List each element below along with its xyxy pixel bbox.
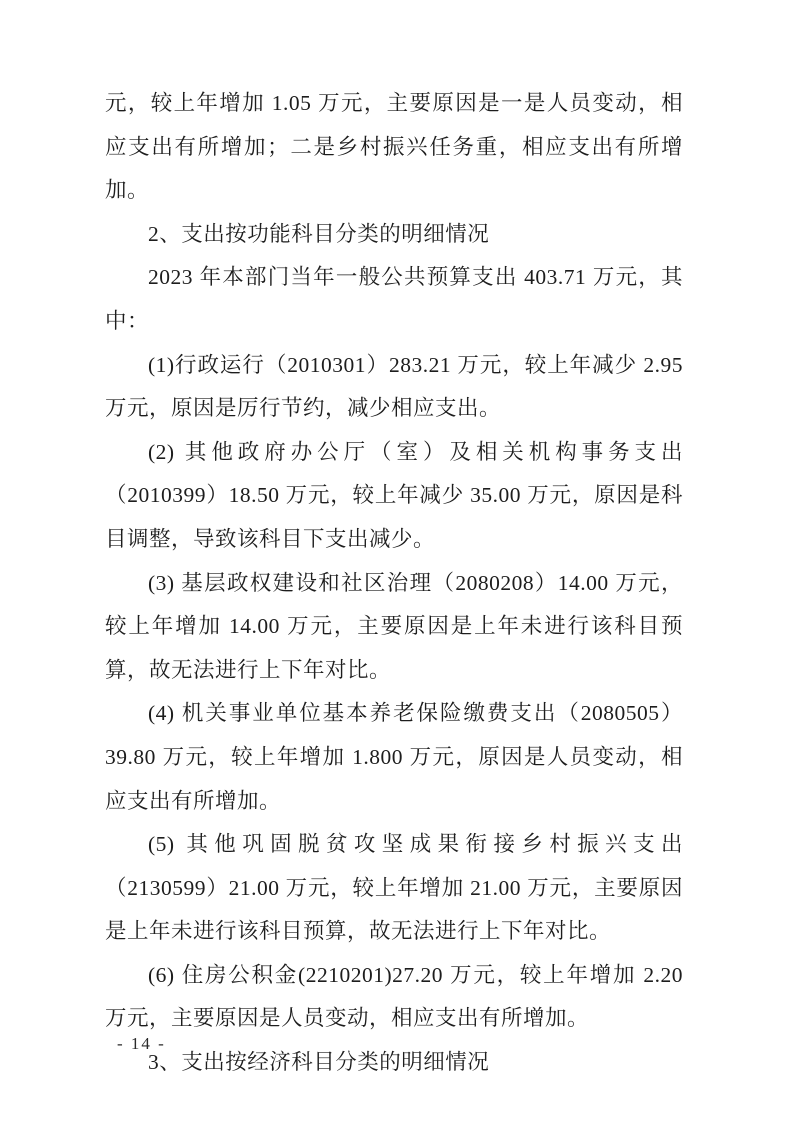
section-heading-economic-classification: 3、支出按经济科目分类的明细情况 (105, 1041, 683, 1085)
document-page: 元，较上年增加 1.05 万元，主要原因是一是人员变动，相应支出有所增加；二是乡… (0, 0, 793, 1122)
paragraph-continuation: 元，较上年增加 1.05 万元，主要原因是一是人员变动，相应支出有所增加；二是乡… (105, 82, 683, 213)
paragraph-item-3-grassroots-governance: (3) 基层政权建设和社区治理（2080208）14.00 万元，较上年增加 1… (105, 562, 683, 693)
paragraph-total-expenditure: 2023 年本部门当年一般公共预算支出 403.71 万元，其中： (105, 256, 683, 343)
paragraph-item-2-other-government-office-affairs: (2) 其他政府办公厅（室）及相关机构事务支出（2010399）18.50 万元… (105, 431, 683, 562)
paragraph-item-4-pension-contribution: (4) 机关事业单位基本养老保险缴费支出（2080505）39.80 万元，较上… (105, 692, 683, 823)
document-body: 元，较上年增加 1.05 万元，主要原因是一是人员变动，相应支出有所增加；二是乡… (105, 82, 683, 1085)
paragraph-item-6-housing-fund: (6) 住房公积金(2210201)27.20 万元，较上年增加 2.20 万元… (105, 954, 683, 1041)
paragraph-item-1-administrative-operation: (1)行政运行（2010301）283.21 万元，较上年减少 2.95 万元，… (105, 344, 683, 431)
paragraph-item-5-rural-revitalization: (5) 其他巩固脱贫攻坚成果衔接乡村振兴支出（2130599）21.00 万元，… (105, 823, 683, 954)
page-number: - 14 - (117, 1034, 166, 1054)
section-heading-functional-classification: 2、支出按功能科目分类的明细情况 (105, 213, 683, 257)
